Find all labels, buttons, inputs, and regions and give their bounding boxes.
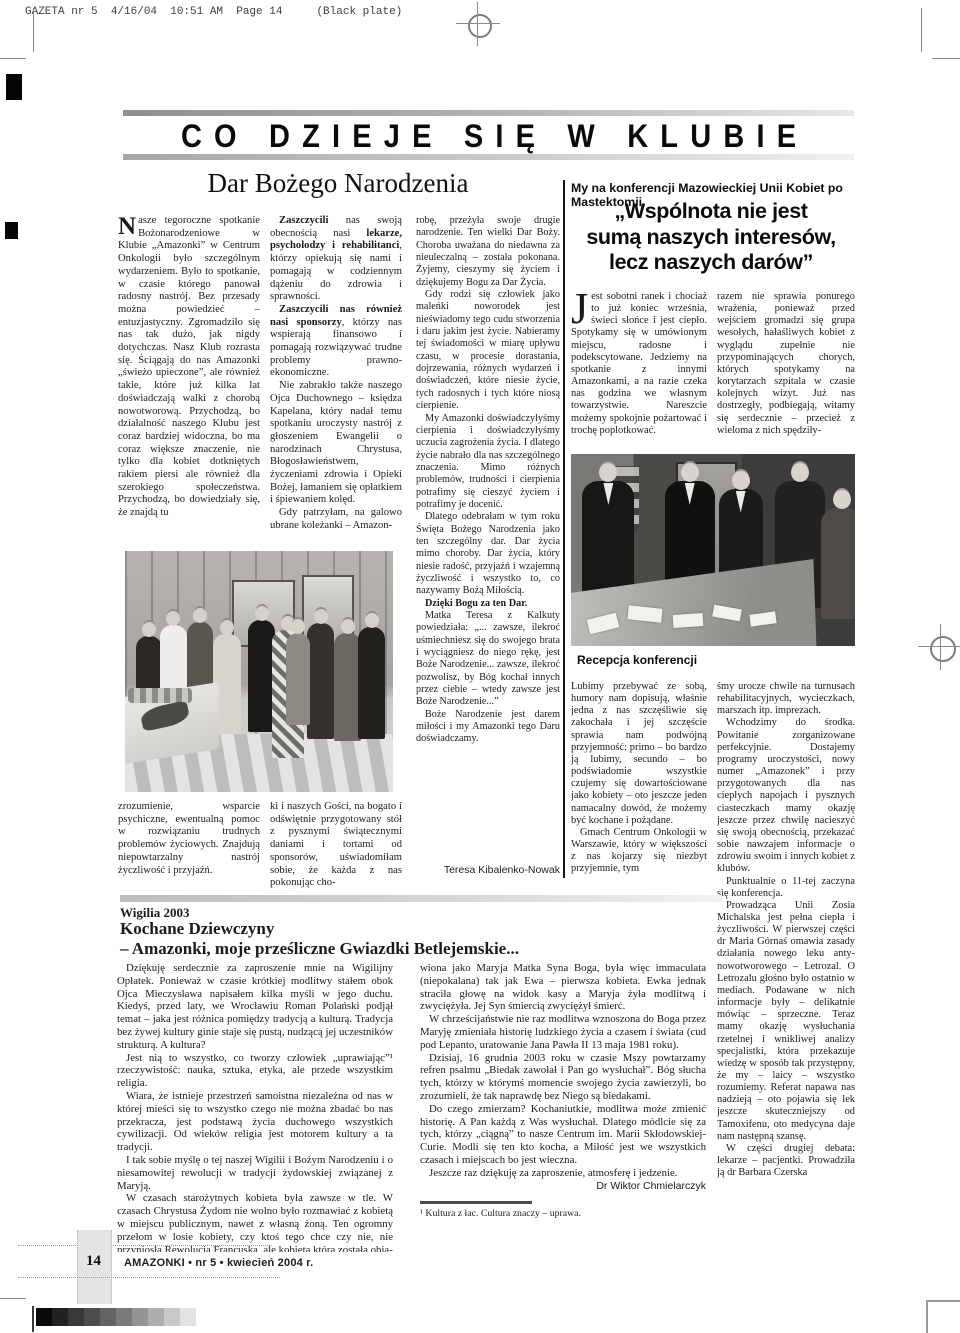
paragraph: Dzięki Bogu za ten Dar. xyxy=(416,598,560,610)
paragraph: Do czego zmierzam? Kochaniutkie, modlitw… xyxy=(420,1103,706,1167)
crop-mark xyxy=(926,1300,928,1333)
slug-text: GAZETA nr 5 4/16/04 10:51 AM Page 14 xyxy=(25,6,282,18)
grayscale-step xyxy=(132,1308,148,1326)
paragraph: Zaszczycili nas również nasi sponsorzy, … xyxy=(270,304,402,380)
footnote: ¹ Kultura z łac. Cultura znaczy – uprawa… xyxy=(420,1208,706,1221)
text-segment: Zaszczycili xyxy=(279,215,328,226)
paragraph: ki i naszych Gości, na bogato i odświętn… xyxy=(270,801,402,890)
grayscale-step xyxy=(148,1308,164,1326)
paragraph: Jeszcze raz dziękuję za zaproszenie, atm… xyxy=(420,1167,706,1180)
footer-dotted-rule xyxy=(18,1245,272,1246)
paragraph: W chrześcijaństwie nie raz modlitwa wzno… xyxy=(420,1013,706,1051)
paragraph: śmy urocze chwile na turnusach rehabilit… xyxy=(717,681,855,717)
article-wigilia-title: Kochane Dziewczyny xyxy=(120,919,274,939)
paragraph: Zaszczycili nas swoją obecnością nasi le… xyxy=(270,215,402,304)
plate-square xyxy=(5,222,18,239)
paragraph: robę, przeżyła swoje drugie narodzenie. … xyxy=(416,215,560,289)
crop-mark xyxy=(921,8,922,52)
person-blouse xyxy=(736,491,746,513)
crop-mark xyxy=(926,1300,960,1302)
person-figure xyxy=(248,620,275,732)
article-wigilia-rule xyxy=(120,895,722,902)
paragraph: Punktualnie o 11-tej zaczyna się konfere… xyxy=(717,876,855,900)
paragraph: Dlatego odebrałam w tym roku Święta Boże… xyxy=(416,511,560,597)
prepress-slug: GAZETA nr 5 4/16/04 10:51 AM Page 14 (Bl… xyxy=(25,6,402,18)
headline-line: lecz naszych darów” xyxy=(565,250,857,276)
grayscale-step xyxy=(68,1308,84,1326)
issue-line: AMAZONKI • nr 5 • kwiecień 2004 r. xyxy=(124,1257,313,1269)
calibration-tick xyxy=(32,1306,34,1332)
paragraph: Boże Narodzenie jest darem miłości i my … xyxy=(416,709,560,746)
article-wspolnota-column-b2: śmy urocze chwile na turnusach rehabilit… xyxy=(717,681,855,1233)
paragraph: W części drugiej debata: lekarze – pacje… xyxy=(717,1143,855,1179)
photo-christmas-gathering xyxy=(125,551,393,792)
paragraph: My Amazonki doświadczyłyśmy cierpienia i… xyxy=(416,413,560,512)
banner-rule-top xyxy=(123,110,854,116)
person-blouse xyxy=(685,483,695,505)
paragraph: Lubimy przebywać ze sobą, humory nam dop… xyxy=(571,681,707,827)
drop-cap: N xyxy=(118,215,138,237)
grayscale-step xyxy=(180,1308,196,1326)
paragraph: Prowadząca Unii Zosia Michalska jest peł… xyxy=(717,900,855,1143)
photo-conference-reception xyxy=(571,454,855,646)
registration-mark-icon xyxy=(918,646,960,647)
photo-caption: Recepcja konferencji xyxy=(577,653,697,667)
article-dar-column-2b: ki i naszych Gości, na bogato i odświętn… xyxy=(270,801,402,893)
paragraph: Jest sobotni ranek i chociaż to już koni… xyxy=(571,291,707,437)
paragraph: Dziękuję serdecznie za zaproszenie mnie … xyxy=(117,962,393,1052)
person-figure xyxy=(358,627,385,739)
grayscale-step xyxy=(52,1308,68,1326)
article-wspolnota-column-b: razem nie sprawia ponurego wrażenia, pon… xyxy=(717,291,855,443)
paragraph: Jest nią to wszystko, co tworzy człowiek… xyxy=(117,1052,393,1090)
article-wspolnota-headline: „Wspólnota nie jest sumą naszych interes… xyxy=(565,199,857,276)
crop-mark xyxy=(0,1298,26,1299)
registration-mark-icon xyxy=(477,2,478,46)
crop-mark xyxy=(932,58,960,59)
article-wigilia-column-1: Dziękuję serdecznie za zaproszenie mnie … xyxy=(117,962,393,1252)
article-wigilia-column-2: wiona jako Maryja Matka Syna Boga, była … xyxy=(420,962,706,1262)
column-divider-rule xyxy=(563,180,565,878)
paragraph: Nasze tegoroczne spotkanie Bożonarodzeni… xyxy=(118,215,260,520)
article-wigilia-column-2-text: wiona jako Maryja Matka Syna Boga, była … xyxy=(420,962,706,1192)
plate-square xyxy=(6,74,22,100)
person-figure xyxy=(307,623,334,739)
paragraph: Wchodzimy do środka. Powitanie zorganizo… xyxy=(717,717,855,875)
photo-dishes xyxy=(128,688,192,702)
plate-label: (Black plate) xyxy=(316,6,402,18)
person-figure xyxy=(821,508,855,619)
grayscale-step xyxy=(84,1308,100,1326)
paragraph: Matka Teresa z Kalkuty powiedziała: „...… xyxy=(416,610,560,709)
grayscale-calibration-strip xyxy=(36,1308,196,1326)
paper-sheet xyxy=(673,613,704,628)
article-wspolnota-column-a2: Lubimy przebywać ze sobą, humory nam dop… xyxy=(571,681,707,881)
person-figure xyxy=(334,633,361,741)
grayscale-step xyxy=(100,1308,116,1326)
article-dar-column-1: Nasze tegoroczne spotkanie Bożonarodzeni… xyxy=(118,215,260,553)
grayscale-step xyxy=(36,1308,52,1326)
registration-mark-icon xyxy=(468,14,492,38)
page-number: 14 xyxy=(77,1253,110,1270)
banner-rule-bottom xyxy=(123,154,854,160)
footnote-rule xyxy=(420,1201,532,1204)
newspaper-page: GAZETA nr 5 4/16/04 10:51 AM Page 14 (Bl… xyxy=(0,0,960,1333)
crop-mark xyxy=(0,58,26,59)
paragraph: Gmach Centrum Onkologii w Warszawie, któ… xyxy=(571,827,707,876)
paragraph: Gdy rodzi się człowiek jako maleńki nowo… xyxy=(416,289,560,412)
article-wigilia-subtitle: – Amazonki, moje prześliczne Gwiazdki Be… xyxy=(120,939,519,959)
paragraph: razem nie sprawia ponurego wrażenia, pon… xyxy=(717,291,855,437)
registration-mark-icon xyxy=(940,624,941,670)
person-blouse xyxy=(603,483,613,505)
article-dar-title: Dar Bożego Narodzenia xyxy=(118,168,558,199)
headline-line: „Wspólnota nie jest xyxy=(565,199,857,225)
article-dar-column-3: robę, przeżyła swoje drugie narodzenie. … xyxy=(416,215,560,861)
person-figure xyxy=(286,633,310,725)
registration-mark-icon xyxy=(456,23,500,24)
paragraph: W czasach starożytnych kobieta była zaws… xyxy=(117,1192,393,1252)
paragraph: wiona jako Maryja Matka Syna Boga, była … xyxy=(420,962,706,1013)
paragraph: Dzisiaj, 16 grudnia 2003 roku w czasie M… xyxy=(420,1052,706,1103)
grayscale-step xyxy=(116,1308,132,1326)
paragraph: Nie zabrakło także naszego Ojca Duchowne… xyxy=(270,380,402,507)
grayscale-step xyxy=(164,1308,180,1326)
footer-dotted-rule xyxy=(18,1277,280,1278)
paragraph: Gdy patrzyłam, na galowo ubrane koleżank… xyxy=(270,507,402,532)
article-dar-signature: Teresa Kibalenko-Nowak xyxy=(416,864,560,876)
paragraph: zrozumienie, wsparcie psychiczne, ewentu… xyxy=(118,801,260,877)
article-dar-column-2: Zaszczycili nas swoją obecnością nasi le… xyxy=(270,215,402,553)
signature: Dr Wiktor Chmielarczyk xyxy=(420,1180,706,1193)
article-dar-column-1b: zrozumienie, wsparcie psychiczne, ewentu… xyxy=(118,801,260,893)
registration-mark-icon xyxy=(930,636,956,662)
crop-mark xyxy=(33,8,34,52)
paragraph: Wiara, że istnieje przestrzeń samoistna … xyxy=(117,1090,393,1154)
paragraph: I tak sobie myślę o tej naszej Wigilii i… xyxy=(117,1154,393,1192)
section-banner-title: CO DZIEJE SIĘ W KLUBIE xyxy=(123,118,854,156)
headline-line: sumą naszych interesów, xyxy=(565,225,857,251)
article-wspolnota-column-a: Jest sobotni ranek i chociaż to już koni… xyxy=(571,291,707,443)
drop-cap: J xyxy=(571,291,591,326)
